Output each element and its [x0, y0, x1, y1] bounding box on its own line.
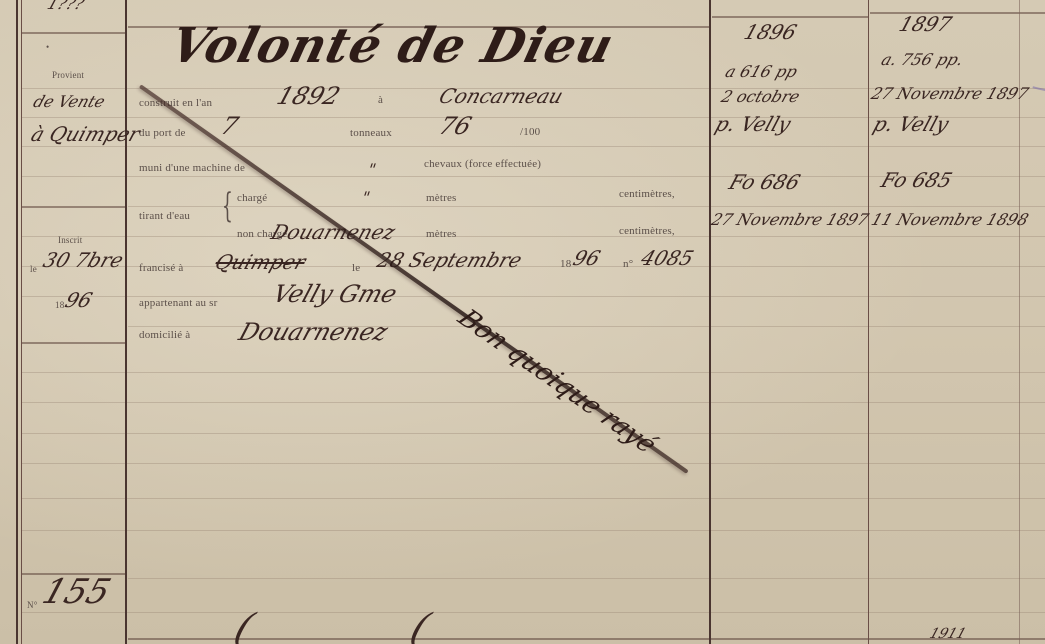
tonneaux-label: tonneaux: [350, 127, 392, 139]
rule-line: [22, 433, 1045, 434]
column-rule: [21, 0, 22, 644]
col2-date: 11 Novembre 1898: [869, 210, 1031, 229]
column-rule: [125, 0, 127, 644]
rule-line: [22, 342, 126, 344]
rule-line: [22, 612, 1045, 613]
col2-line2: a. 756 pp.: [879, 50, 966, 69]
column-rule: [16, 0, 18, 644]
registry-number: 155: [38, 572, 116, 612]
col1-date: 27 Novembre 1897: [709, 210, 871, 229]
inscrit-day: 30 7bre: [40, 248, 127, 272]
col1-line2: a 616 pp: [723, 62, 800, 81]
rule-line: [128, 638, 1045, 640]
tirant-label: tirant d'eau: [139, 210, 190, 222]
rule-line: [22, 463, 1045, 464]
metres-label-1: mètres: [426, 192, 457, 204]
rule-line: [128, 578, 1045, 579]
col2-ref: Fo 685: [878, 168, 955, 192]
col1-year: 1896: [741, 20, 800, 44]
rule-line: [22, 530, 1045, 531]
domicilie-value: Douarnenez: [235, 318, 391, 346]
metres-label-2: mètres: [426, 228, 457, 240]
column-rule: [868, 0, 869, 644]
left-top-fragment: 1???: [45, 0, 87, 13]
rule-line: [22, 498, 1045, 499]
appartenant-label: appartenant au sr: [139, 297, 218, 309]
number-label: N°: [27, 600, 38, 610]
dot-mark: •: [46, 42, 49, 52]
charge-label: chargé: [237, 192, 267, 204]
rule-line: [22, 206, 126, 208]
col2-line3: 27 Novembre 1897: [869, 84, 1031, 103]
centiemes-label: /100: [520, 126, 540, 138]
machine-label: muni d'une machine de: [139, 162, 245, 174]
centimetres-label-2: centimètres,: [619, 225, 675, 237]
ledger-page: 1??? • Provient de Vente à Quimper Inscr…: [0, 0, 1045, 644]
inscrit-label: Inscrit: [58, 235, 82, 245]
a-label: à: [378, 94, 383, 106]
francise-label: francisé à: [139, 262, 183, 274]
appartenant-value: Velly Gme: [269, 280, 400, 308]
domicilie-label: domicilié à: [139, 329, 190, 341]
inscrit-le-prefix: le: [30, 264, 37, 274]
charge-value: ": [359, 188, 373, 207]
col2-year: 1897: [896, 12, 955, 36]
far-right-bottom-fragment: 1911: [927, 626, 968, 642]
francise-le-label: le: [352, 262, 360, 274]
column-rule: [709, 0, 711, 644]
col1-ref: Fo 686: [726, 170, 803, 194]
provient-value-line2: à Quimper: [28, 122, 143, 146]
diagonal-annotation: Bon quoique rayé: [451, 304, 663, 459]
construit-label: construit en l'an: [139, 97, 212, 109]
provient-label: Provient: [52, 70, 84, 80]
chevaux-label: chevaux (force effectuée): [424, 158, 541, 170]
centimetres-label-1: centimètres,: [619, 188, 675, 200]
francise-no-label: n°: [623, 258, 633, 270]
provient-value-line1: de Vente: [31, 92, 108, 111]
col1-line4: p. Velly: [712, 112, 794, 136]
rule-line: [128, 206, 1045, 207]
brace-mark: {: [222, 186, 233, 226]
rule-line: [22, 32, 126, 34]
rule-line: [22, 236, 1045, 237]
rule-line: [22, 146, 1045, 147]
construit-place: Concarneau: [436, 84, 566, 108]
francise-place-struck: Quimper: [212, 250, 309, 274]
francise-number: 4085: [638, 246, 697, 270]
col2-line4: p. Velly: [870, 112, 952, 136]
rule-line: [712, 16, 868, 18]
inscrit-year-suffix: 96: [62, 288, 95, 312]
ship-name: Volonté de Dieu: [165, 18, 619, 74]
construit-year: 1892: [273, 82, 343, 110]
rule-line: [22, 402, 1045, 403]
port-label: du port de: [139, 127, 186, 139]
col1-line3: 2 octobre: [719, 87, 802, 106]
